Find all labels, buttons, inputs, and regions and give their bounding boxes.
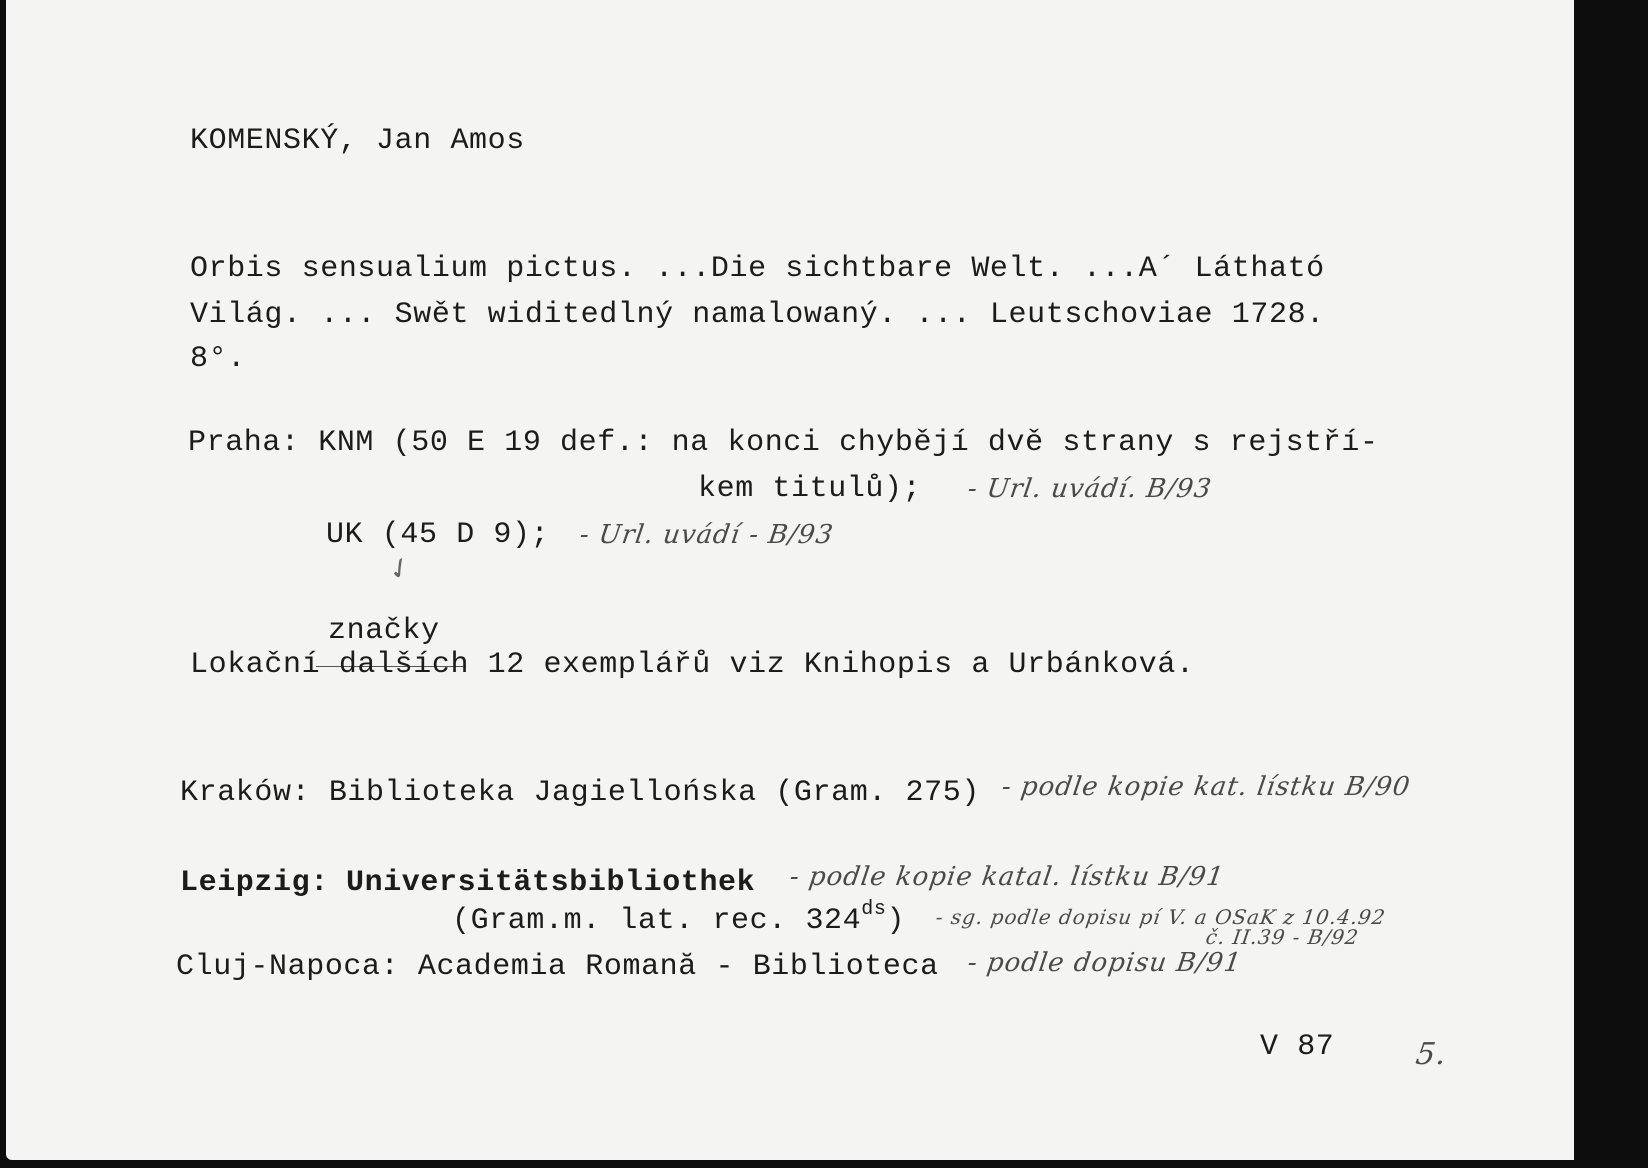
shelfmark-sup: ds	[861, 898, 886, 921]
handwritten-note-krakow: - podle kopie kat. lístku B/90	[1000, 772, 1413, 802]
format-line: 8°.	[190, 342, 246, 376]
shelfmark-text: (Gram.m. lat. rec. 324	[452, 904, 861, 938]
call-number: V 87	[1260, 1030, 1334, 1064]
holding-praha-knm-cont: kem titulů);	[698, 472, 921, 506]
title-line-2: Világ. ... Swět widitedlný namalowaný. .…	[190, 298, 1325, 332]
handwritten-note-uk: - Url. uvádí - B/93	[578, 520, 836, 550]
catalog-card: KOMENSKÝ, Jan Amos Orbis sensualium pict…	[6, 0, 1574, 1160]
handwritten-note-praha: - Url. uvádí. B/93	[966, 474, 1214, 504]
holding-cluj: Cluj-Napoca: Academia Romană - Bibliotec…	[176, 950, 939, 984]
check-mark-icon: ✓	[381, 548, 418, 588]
holding-praha-uk: UK (45 D 9);	[326, 518, 549, 552]
handwritten-note-leipzig: - podle kopie katal. lístku B/91	[788, 862, 1226, 892]
author-heading: KOMENSKÝ, Jan Amos	[190, 124, 525, 158]
holding-leipzig-label: Leipzig:	[180, 866, 329, 900]
handwritten-note-cluj: - podle dopisu B/91	[966, 948, 1244, 978]
title-line-1: Orbis sensualium pictus. ...Die sichtbar…	[190, 252, 1325, 286]
holding-krakow: Kraków: Biblioteka Jagiellońska (Gram. 2…	[180, 776, 980, 810]
holding-praha-knm: Praha: KNM (50 E 19 def.: na konci chybě…	[188, 426, 1379, 460]
leipzig-shelfmark: (Gram.m. lat. rec. 324ds)	[452, 904, 905, 938]
shelfmark-end: )	[886, 904, 905, 938]
holding-leipzig-library: Universitätsbibliothek	[346, 866, 755, 900]
lokacni-line: Lokační dalších 12 exemplářů viz Knihopi…	[190, 648, 1195, 682]
card-number: 5.	[1414, 1040, 1449, 1070]
